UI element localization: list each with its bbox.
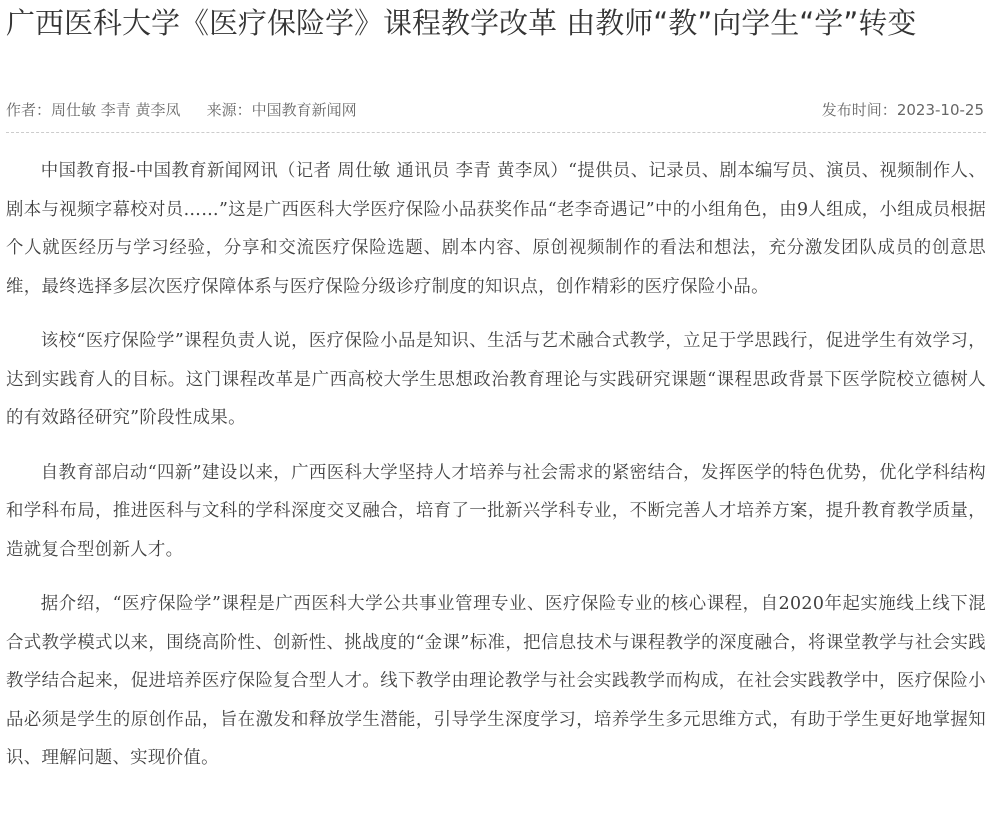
publish-date: 2023-10-25 bbox=[897, 101, 984, 119]
source-name: 中国教育新闻网 bbox=[252, 101, 357, 119]
article-meta: 作者：周仕敏 李青 黄李凤来源：中国教育新闻网 发布时间：2023-10-25 bbox=[6, 96, 984, 124]
source-label: 来源： bbox=[207, 101, 252, 119]
meta-left: 作者：周仕敏 李青 黄李凤来源：中国教育新闻网 bbox=[6, 96, 357, 124]
meta-separator bbox=[6, 132, 986, 133]
paragraph: 自教育部启动“四新”建设以来，广西医科大学坚持人才培养与社会需求的紧密结合，发挥… bbox=[6, 454, 986, 570]
meta-right: 发布时间：2023-10-25 bbox=[822, 96, 984, 124]
paragraph: 该校“医疗保险学”课程负责人说，医疗保险小品是知识、生活与艺术融合式教学，立足于… bbox=[6, 322, 986, 438]
article-title: 广西医科大学《医疗保险学》课程教学改革 由教师“教”向学生“学”转变 bbox=[0, 0, 990, 44]
author-label: 作者： bbox=[6, 101, 51, 119]
author-names: 周仕敏 李青 黄李凤 bbox=[51, 101, 181, 119]
article: 广西医科大学《医疗保险学》课程教学改革 由教师“教”向学生“学”转变 作者：周仕… bbox=[0, 0, 990, 44]
article-body: 中国教育报-中国教育新闻网讯（记者 周仕敏 通讯员 李青 黄李凤）“提供员、记录… bbox=[6, 152, 986, 794]
date-label: 发布时间： bbox=[822, 101, 897, 119]
paragraph: 中国教育报-中国教育新闻网讯（记者 周仕敏 通讯员 李青 黄李凤）“提供员、记录… bbox=[6, 152, 986, 306]
paragraph: 据介绍，“医疗保险学”课程是广西医科大学公共事业管理专业、医疗保险专业的核心课程… bbox=[6, 585, 986, 778]
